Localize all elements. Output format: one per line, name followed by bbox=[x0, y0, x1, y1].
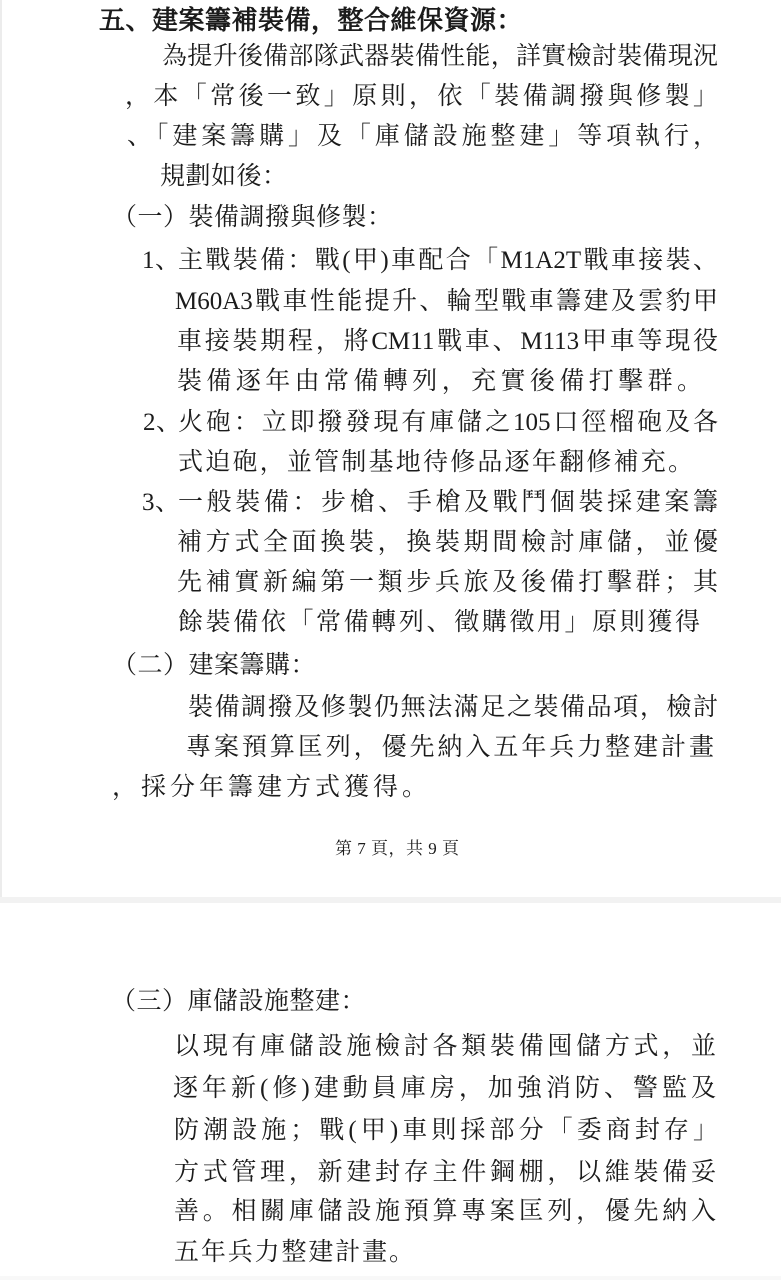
paragraph-line: 裝備調撥及修製仍無法滿足之裝備品項，檢討 bbox=[188, 692, 718, 723]
item-line: 主戰裝備：戰(甲)車配合「M1A2T戰車接裝、 bbox=[178, 245, 718, 276]
item-number: 1、 bbox=[142, 245, 181, 276]
intro-line: 規劃如後： bbox=[160, 161, 288, 192]
item-number: 2、 bbox=[143, 407, 182, 438]
paragraph-line: 逐年新(修)建動員庫房，加強消防、警監及 bbox=[173, 1073, 716, 1104]
paragraph-line: 專案預算匡列，優先納入五年兵力整建計畫 bbox=[186, 732, 714, 763]
item-line: 火砲：立即撥發現有庫儲之105口徑榴砲及各 bbox=[178, 407, 718, 438]
section-2-heading: （二）建案籌購： bbox=[112, 650, 316, 681]
bottom-page-edge bbox=[0, 1276, 781, 1280]
doc-heading: 五、建案籌補裝備，整合維保資源： bbox=[99, 5, 523, 36]
item-line: M60A3戰車性能提升、輪型戰車籌建及雲豹甲 bbox=[175, 286, 718, 317]
page-left-edge bbox=[0, 0, 2, 897]
document-viewer: 五、建案籌補裝備，整合維保資源： 為提升後備部隊武器裝備性能，詳實檢討裝備現況 … bbox=[0, 0, 781, 1280]
paragraph-line: 善。相關庫儲設施預算專案匡列，優先納入 bbox=[174, 1196, 716, 1227]
item-line: 餘裝備依「常備轉列、徵購徵用」原則獲得 bbox=[178, 607, 700, 638]
section-1-heading: （一）裝備調撥與修製： bbox=[112, 202, 393, 233]
page-1: 五、建案籌補裝備，整合維保資源： 為提升後備部隊武器裝備性能，詳實檢討裝備現況 … bbox=[0, 0, 781, 897]
intro-line: 為提升後備部隊武器裝備性能，詳實檢討裝備現況 bbox=[162, 41, 718, 72]
paragraph-line: 五年兵力整建計畫。 bbox=[174, 1237, 414, 1268]
intro-line: ，本「常後一致」原則，依「裝備調撥與修製」 bbox=[125, 81, 718, 112]
paragraph-line: 防潮設施；戰(甲)車則採部分「委商封存」 bbox=[174, 1115, 718, 1146]
page-2: （三）庫儲設施整建： 以現有庫儲設施檢討各類裝備囤儲方式，並 逐年新(修)建動員… bbox=[0, 903, 781, 1280]
paragraph-line: 以現有庫儲設施檢討各類裝備囤儲方式，並 bbox=[174, 1031, 716, 1062]
item-line: 補方式全面換裝，換裝期間檢討庫儲，並優 bbox=[177, 527, 718, 558]
item-line: 式迫砲，並管制基地待修品逐年翻修補充。 bbox=[178, 447, 693, 478]
item-line: 車接裝期程，將CM11戰車、M113甲車等現役 bbox=[177, 326, 718, 357]
item-line: 裝備逐年由常備轉列，充實後備打擊群。 bbox=[177, 366, 702, 397]
item-number: 3、 bbox=[142, 487, 181, 518]
paragraph-line: 方式管理，新建封存主件鋼棚，以維裝備妥 bbox=[174, 1157, 716, 1188]
item-line: 一般裝備：步槍、手槍及戰鬥個裝採建案籌 bbox=[178, 487, 718, 518]
paragraph-line: ，採分年籌建方式獲得。 bbox=[112, 772, 427, 803]
section-3-heading: （三）庫儲設施整建： bbox=[111, 986, 366, 1017]
intro-line: 、「建案籌購」及「庫儲設施整建」等項執行， bbox=[127, 121, 718, 152]
page-number-footer: 第 7 頁，共 9 頁 bbox=[335, 839, 460, 859]
item-line: 先補實新編第一類步兵旅及後備打擊群；其 bbox=[177, 567, 718, 598]
